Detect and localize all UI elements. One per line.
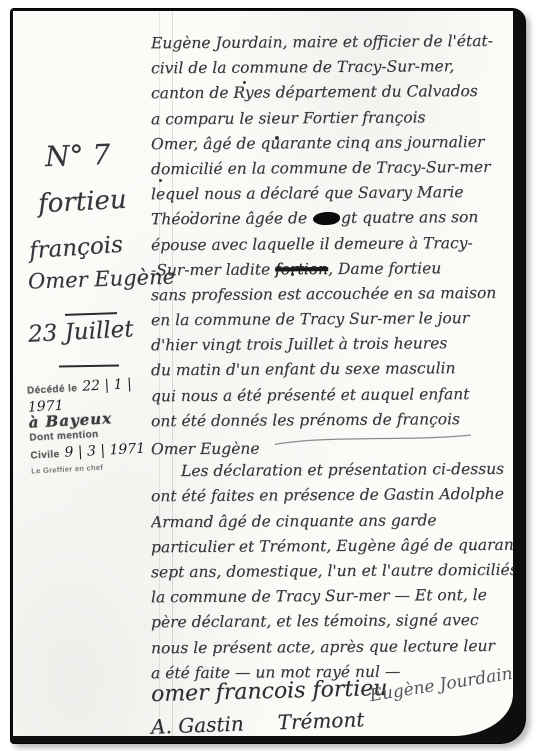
margin-firstname: françois [28,232,124,264]
act-text-fragment: , Dame fortieu [328,259,441,278]
act-line: Omer, âgé de quarante cinq ans journalie… [151,129,513,157]
act-line: a comparu le sieur Fortier françois [151,104,513,132]
death-mention-stamp: Décédé le 22 | 1 | 1971 à Bayeux Dont me… [27,373,170,478]
act-line-with-flourish: Omer Eugène [151,432,513,460]
act-line: domicilié en la commune de Tracy-Sur-mer [151,155,513,183]
act-line: du matin d'un enfant du sexe masculin [151,356,513,384]
signature-witnesses: A. GastinTrémont [151,707,365,736]
margin-divider [59,364,119,367]
act-line: la commune de Tracy Sur-mer — Et ont, le [151,583,513,611]
act-text: Eugène Jourdain, maire et officier de l'… [151,30,513,685]
act-line: ont été donnés les prénoms de françois [151,407,513,435]
act-line: civil de la commune de Tracy-Sur-mer, [151,54,513,82]
signature-father: omer francois fortieu [151,676,388,707]
paper: N° 7 fortieu françois Omer Eugène 23 Jui… [13,11,513,736]
act-line: nous le présent acte, après que lecture … [151,633,513,661]
stamp-deceased-label: Décédé le [27,383,78,397]
act-line: en la commune de Tracy Sur-mer le jour [151,306,513,334]
signature-witness-tremont: Trémont [277,707,364,734]
stamp-deceased-date: 22 | 1 | 1971 [28,376,133,415]
act-line: d'hier vingt trois Juillet à trois heure… [151,331,513,359]
act-line: lequel nous a déclaré que Savary Marie [151,180,513,208]
struck-word: fortion [275,260,328,278]
act-line: père déclarant, et les témoins, signé av… [151,608,513,636]
margin-divider [65,312,117,316]
act-line-with-blot: Théodorine âgée de gt quatre ans son [151,205,513,233]
record-number: N° 7 [44,138,110,173]
scan-border: N° 7 fortieu françois Omer Eugène 23 Jui… [10,8,526,744]
act-line: sept ans, domestique, l'un et l'autre do… [151,558,513,586]
act-line: particulier et Trémont, Eugène âgé de qu… [151,532,513,560]
act-text-fragment: Omer Eugène [151,440,260,459]
act-line: épouse avec laquelle il demeure à Tracy- [151,230,513,258]
signature-witness-gastin: A. Gastin [151,711,244,736]
act-text-fragment: Théodorine âgée de [151,209,312,228]
scanned-register-page: { "colors": { "ink": "#35353c", "paper":… [0,0,536,751]
act-line: canton de Ryes département du Calvados [151,79,513,107]
act-line: sans profession est accouchée en sa mais… [151,281,513,309]
act-line: qui nous a été présenté et auquel enfant [151,381,513,409]
act-line: Eugène Jourdain, maire et officier de l'… [151,30,513,56]
stamp-civil-label: Civile [30,449,60,462]
act-line: Les déclaration et présentation ci-dessu… [151,457,513,485]
stamp-mention-date: 9 | 3 | 1971 [64,441,145,461]
act-line: Armand âgé de cinquante ans garde [151,507,513,535]
margin-date: 23 Juillet [27,316,134,347]
act-text-fragment: gt quatre ans son [341,208,478,227]
flourish-line [273,432,473,447]
act-text-fragment: -Sur-mer ladite [151,260,275,279]
act-line-with-strikethrough: -Sur-mer ladite fortion, Dame fortieu [151,255,513,283]
act-line: ont été faites en présence de Gastin Ado… [151,482,513,510]
margin-surname: fortieu [37,185,127,220]
ink-blot [313,212,340,225]
